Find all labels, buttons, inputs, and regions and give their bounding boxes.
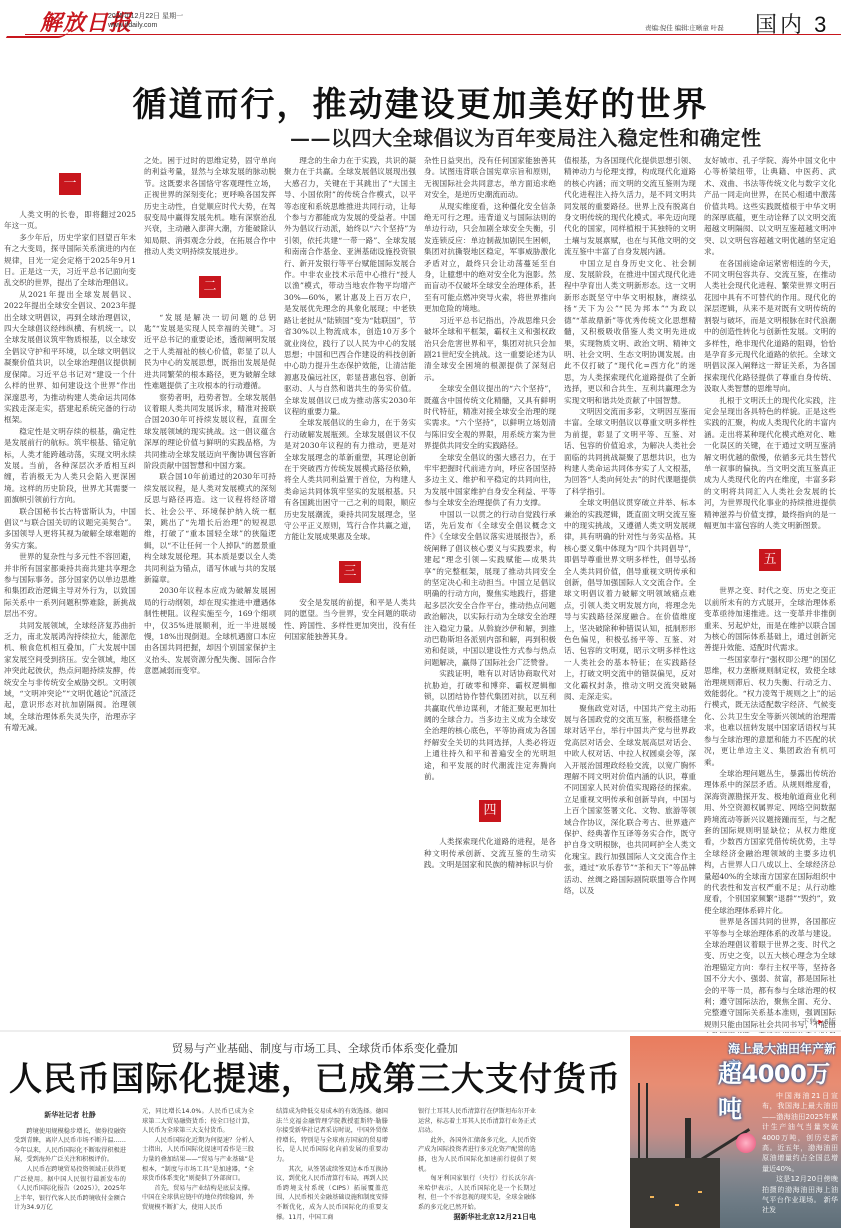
- paragraph: 聚焦政党对话，中国共产党主动拓展与各国政党的交流互鉴，积极搭建全球对话平台，举行…: [564, 703, 696, 897]
- dateline: 据新华社北京12月21日电: [418, 1213, 536, 1223]
- bottom-story-kicker: 贸易与产业基础、制度与市场工具、全球货币体系变化叠加: [0, 1040, 630, 1056]
- section-marker-2: 二: [199, 276, 221, 298]
- paragraph: 联合国10年前通过的2030年可持续发展议程，是人类对发展模式的深刻反思与路径再…: [144, 471, 276, 585]
- paragraph: 理念的生命力在于实践，共识的凝聚力在于共赢。全球发展倡议展现出强大感召力，关键在…: [284, 155, 416, 417]
- paragraph: 银行土耳其人民币清算行在伊斯坦布尔开业运营，标志着土耳其人民币清算行业务正式启动…: [418, 1107, 536, 1136]
- paragraph: 世界之变、时代之变、历史之变正以前所未有的方式展开，全球治理体系变革亟待加速推进…: [704, 585, 836, 653]
- paragraph: 全球治理问题丛生，暴露出传统治理体系中的深层矛盾。从规则维度看，深海资源勘探开发…: [704, 768, 836, 916]
- article-subhead: ——以四大全球倡议为百年变局注入稳定性和确定性: [290, 125, 762, 151]
- bottom-story-headline: 人民币国际化提速，已成第三大支付货币: [0, 1058, 630, 1100]
- jump-line[interactable]: 下转►6版: [704, 1014, 836, 1028]
- section-marker-4: 四: [479, 800, 501, 822]
- continued-on-page-link[interactable]: 下转►6版: [704, 1016, 836, 1027]
- turn-label: 下转: [802, 1017, 817, 1026]
- paragraph: 结算成为降低交易成本的有效选择。德国法兰克福金融管理学院教授霍斯特·勒滕尔接受新…: [276, 1107, 388, 1165]
- article-column-5: 值根基，为各国现代化提供思想引领、精神动力与伦理支撑，构成现代化道路的核心内涵；…: [564, 155, 696, 1033]
- paragraph: 察势者明，趋势者智。全球发展倡议着眼人类共同发展诉求，精准对接联合国2030年可…: [144, 392, 276, 472]
- paragraph: 共同发展领域，全球经济复苏曲折乏力，南北发展鸿沟持续拉大，能源危机、粮食危机相互…: [4, 620, 136, 734]
- turn-page: 6版: [824, 1017, 836, 1026]
- paragraph: 人民币国际化近期为何提速？分析人士指出，人民币国际化提速可看作是三股力量的叠加结…: [142, 1136, 254, 1184]
- paragraph: 其次，从签署或续签双边本币互换协议，到优化人民币清算行布局，再到人民币跨境支付系…: [276, 1165, 388, 1223]
- paragraph: 跨境使用规模稳步增长，债券投融资受到青睐，离岸人民币市场不断升温……今年以来，人…: [14, 1127, 126, 1165]
- lead-article-body: 一 人类文明的长卷，即将翻过2025年这一页。 多少年后，历史学家们回望百年未有…: [4, 155, 837, 1033]
- paragraph: 首先，贸易与产业结构是底层支撑。中国在全球供应链中的地位持续稳固，外贸规模不断扩…: [142, 1184, 254, 1213]
- paragraph: 世界的复杂性与多元性不容回避，并非所有国家都秉持共商共建共享理念参与国际事务。部…: [4, 551, 136, 619]
- masthead-rule: [25, 34, 841, 35]
- bottom-column-4: 银行土耳其人民币清算行在伊斯坦布尔开业运营，标志着土耳其人民币清算行业务正式启动…: [418, 1107, 536, 1225]
- paragraph: 全球安全倡议提出的“六个坚持”，既蕴含中国传统文化精髓，又具有鲜明时代特征，精准…: [424, 383, 556, 451]
- paragraph: 2030年议程本应成为破解发展困局的行动纲领，却在现实推进中遭遇体制性梗阻。议程…: [144, 585, 276, 676]
- paragraph: 元，同比增长14.0%。人民币已成为全球第二大贸易融资货币；按全口径计算，人民币…: [142, 1107, 254, 1136]
- bottom-column-1: 新华社记者 杜静 跨境使用规模稳步增长，债券投融资受到青睐，离岸人民币市场不断升…: [14, 1107, 126, 1225]
- deck-light: [650, 1196, 654, 1198]
- photo-caption: 中国海油21日宣布，我国海上最大油田——渤海油田2025年累计生产油气当量突破4…: [762, 1091, 838, 1216]
- paragraph: 全球安全倡议的强大感召力，在于牢牢把握时代前进方向，呼应各国坚持多边主义、维护和…: [424, 452, 556, 509]
- paragraph: 实践证明，唯有以对话协商取代对抗胁迫，打破零和博弈、霸权逻辑枷锁，以团结协作替代…: [424, 668, 556, 782]
- paragraph: 匈牙利国家银行（央行）行长沃尔高·米哈伊表示，人民币国际化是一个长期过程，但一个…: [418, 1174, 536, 1212]
- article-column-1: 一 人类文明的长卷，即将翻过2025年这一页。 多少年后，历史学家们回望百年未有…: [4, 155, 136, 1033]
- section-marker-3: 三: [339, 561, 361, 583]
- article-column-6: 友好城市、孔子学院、海外中国文化中心等桥梁纽带，让典籍、中医药、武术、戏曲、书法…: [704, 155, 836, 1033]
- byline: 新华社记者 杜静: [14, 1111, 126, 1121]
- paragraph: 此外，各国外汇储备多元化，人民币资产成为国际投资者进行多元化资产配置的选择，也为…: [418, 1136, 536, 1174]
- masthead: 解放日报 2025年12月22日 星期一 www.jfdaily.com 责编:…: [0, 0, 841, 38]
- paragraph: 友好城市、孔子学院、海外中国文化中心等桥梁纽带，让典籍、中医药、武术、戏曲、书法…: [704, 155, 836, 258]
- article-headline: 循道而行，推动建设更加美好的世界: [0, 84, 841, 126]
- paragraph: 从现实维度看，这种僵化安全信条绝无可行之理。违背道义与国际法则的单边行动，只会加…: [424, 201, 556, 315]
- caption-paragraph: 中国海油21日宣布，我国海上最大油田——渤海油田2025年累计生产油气当量突破4…: [762, 1091, 838, 1174]
- caption-paragraph: 这是12月20日傍晚拍摄的渤海油田海上油气平台作业现场。 新华社发: [762, 1174, 838, 1216]
- paragraph: 稳定性是文明存续的根基，确定性是发展前行的航标。筑牢根基、锚定航标，人类才能跨越…: [4, 426, 136, 506]
- paragraph: 习近平总书记指出，冷战思维只会破坏全球和平框架，霸权主义和强权政治只会危害世界和…: [424, 315, 556, 383]
- paragraph: 人民币在跨境贸易投资领域正获得更广泛使用。据中国人民银行最新发布的《人民币国际化…: [14, 1165, 126, 1213]
- paragraph: 全球发展倡议的生命力，在于务实行动破解发展瓶颈。全球发展倡议不仅是对2030年议…: [284, 417, 416, 542]
- masthead-meta: 2025年12月22日 星期一 www.jfdaily.com: [108, 12, 183, 30]
- bottom-column-3: 结算成为降低交易成本的有效选择。德国法兰克福金融管理学院教授霍斯特·勒滕尔接受新…: [276, 1107, 388, 1225]
- paragraph: 联合国秘书长古特雷斯认为，中国倡议“与联合国关切的议题完美契合”。多国领导人更将…: [4, 506, 136, 552]
- paragraph: “发展是解决一切问题的总钥匙”“发展是实现人民幸福的关键”。习近平总书记的重要论…: [144, 312, 276, 392]
- section-marker-5: 五: [759, 549, 781, 571]
- platform-deck: [630, 1158, 720, 1228]
- deck-light: [675, 1204, 679, 1206]
- deck-light: [698, 1191, 702, 1193]
- paragraph: 安全是发展的前提，和平是人类共同的愿望。当今世界，安全问题的联动性、跨国性、多样…: [284, 597, 416, 643]
- paragraph: 多少年后，历史学家们回望百年未有之大变局，探寻国际关系演进的内在规律，目光一定会…: [4, 232, 136, 289]
- paragraph: 之处。困于过时的思维定势，固守单向的利益考量，显然与全球发展的脉动脱节。这既要求…: [144, 155, 276, 258]
- paragraph: 扎根于文明沃土的现代化实践，注定会呈现出各具特色的样貌。正是这些实践的汇聚，构成…: [704, 395, 836, 532]
- paragraph: 人类探索现代化道路的进程，是各种文明传承创新、交流互鉴的生动实践。文明是国家和民…: [424, 836, 556, 870]
- bottom-story-body: 新华社记者 杜静 跨境使用规模稳步增长，债券投融资受到青睐，离岸人民币市场不断升…: [14, 1107, 626, 1225]
- issue-date: 2025年12月22日 星期一: [108, 12, 183, 21]
- article-column-3: 理念的生命力在于实践，共识的凝聚力在于共赢。全球发展倡议展现出强大感召力，关键在…: [284, 155, 416, 1033]
- website-link[interactable]: www.jfdaily.com: [108, 21, 183, 30]
- paragraph: 杂性日益突出，没有任何国家能独善其身。试图违背联合国宪章宗旨和原则，无视国际社会…: [424, 155, 556, 201]
- section-marker-1: 一: [59, 173, 81, 195]
- derrick-tower: [638, 1083, 648, 1168]
- paragraph: 人类文明的长卷，即将翻过2025年这一页。: [4, 209, 136, 232]
- section-divider: [0, 1030, 841, 1032]
- paragraph: 中国以一以贯之的行动自觉践行承诺，先后发布《全球安全倡议概念文件》《全球安全倡议…: [424, 509, 556, 669]
- paragraph: 值根基，为各国现代化提供思想引领、精神动力与伦理支撑，构成现代化道路的核心内涵；…: [564, 155, 696, 258]
- paragraph: 一些国家奉行“强权即公理”的国亿思维，权力垄断规则制定权，致使全球治理规则滞后、…: [704, 654, 836, 768]
- article-column-2: 之处。困于过时的思维定势，固守单向的利益考量，显然与全球发展的脉动脱节。这既要求…: [144, 155, 276, 1033]
- paragraph: 在各国前途命运紧密相连的今天，不同文明包容共存、交流互鉴，在推动人类社会现代化进…: [704, 258, 836, 395]
- article-column-4: 杂性日益突出，没有任何国家能独善其身。试图违背联合国宪章宗旨和原则，无视国际社会…: [424, 155, 556, 1033]
- paragraph: 文明因交流而多彩，文明因互鉴而丰富。全球文明倡议以尊重文明多样性为前提，彰显了文…: [564, 406, 696, 497]
- editor-credits: 责编:倪佳 编辑:庄晰童 叶磊: [645, 23, 724, 32]
- paragraph: 中国立足自身历史文化、社会制度、发展阶段，在推进中国式现代化进程中孕育出人类文明…: [564, 258, 696, 406]
- paragraph: 全球文明倡议贯穿破立并举、标本兼治的实践逻辑，既直面文明交流互鉴中的现实挑战，又…: [564, 497, 696, 702]
- setting-sun: [736, 1133, 756, 1153]
- bottom-column-2: 元，同比增长14.0%。人民币已成为全球第二大贸易融资货币；按全口径计算，人民币…: [142, 1107, 254, 1225]
- paragraph: 从2021年提出全球发展倡议、2022年提出全球安全倡议、2023年提出全球文明…: [4, 289, 136, 426]
